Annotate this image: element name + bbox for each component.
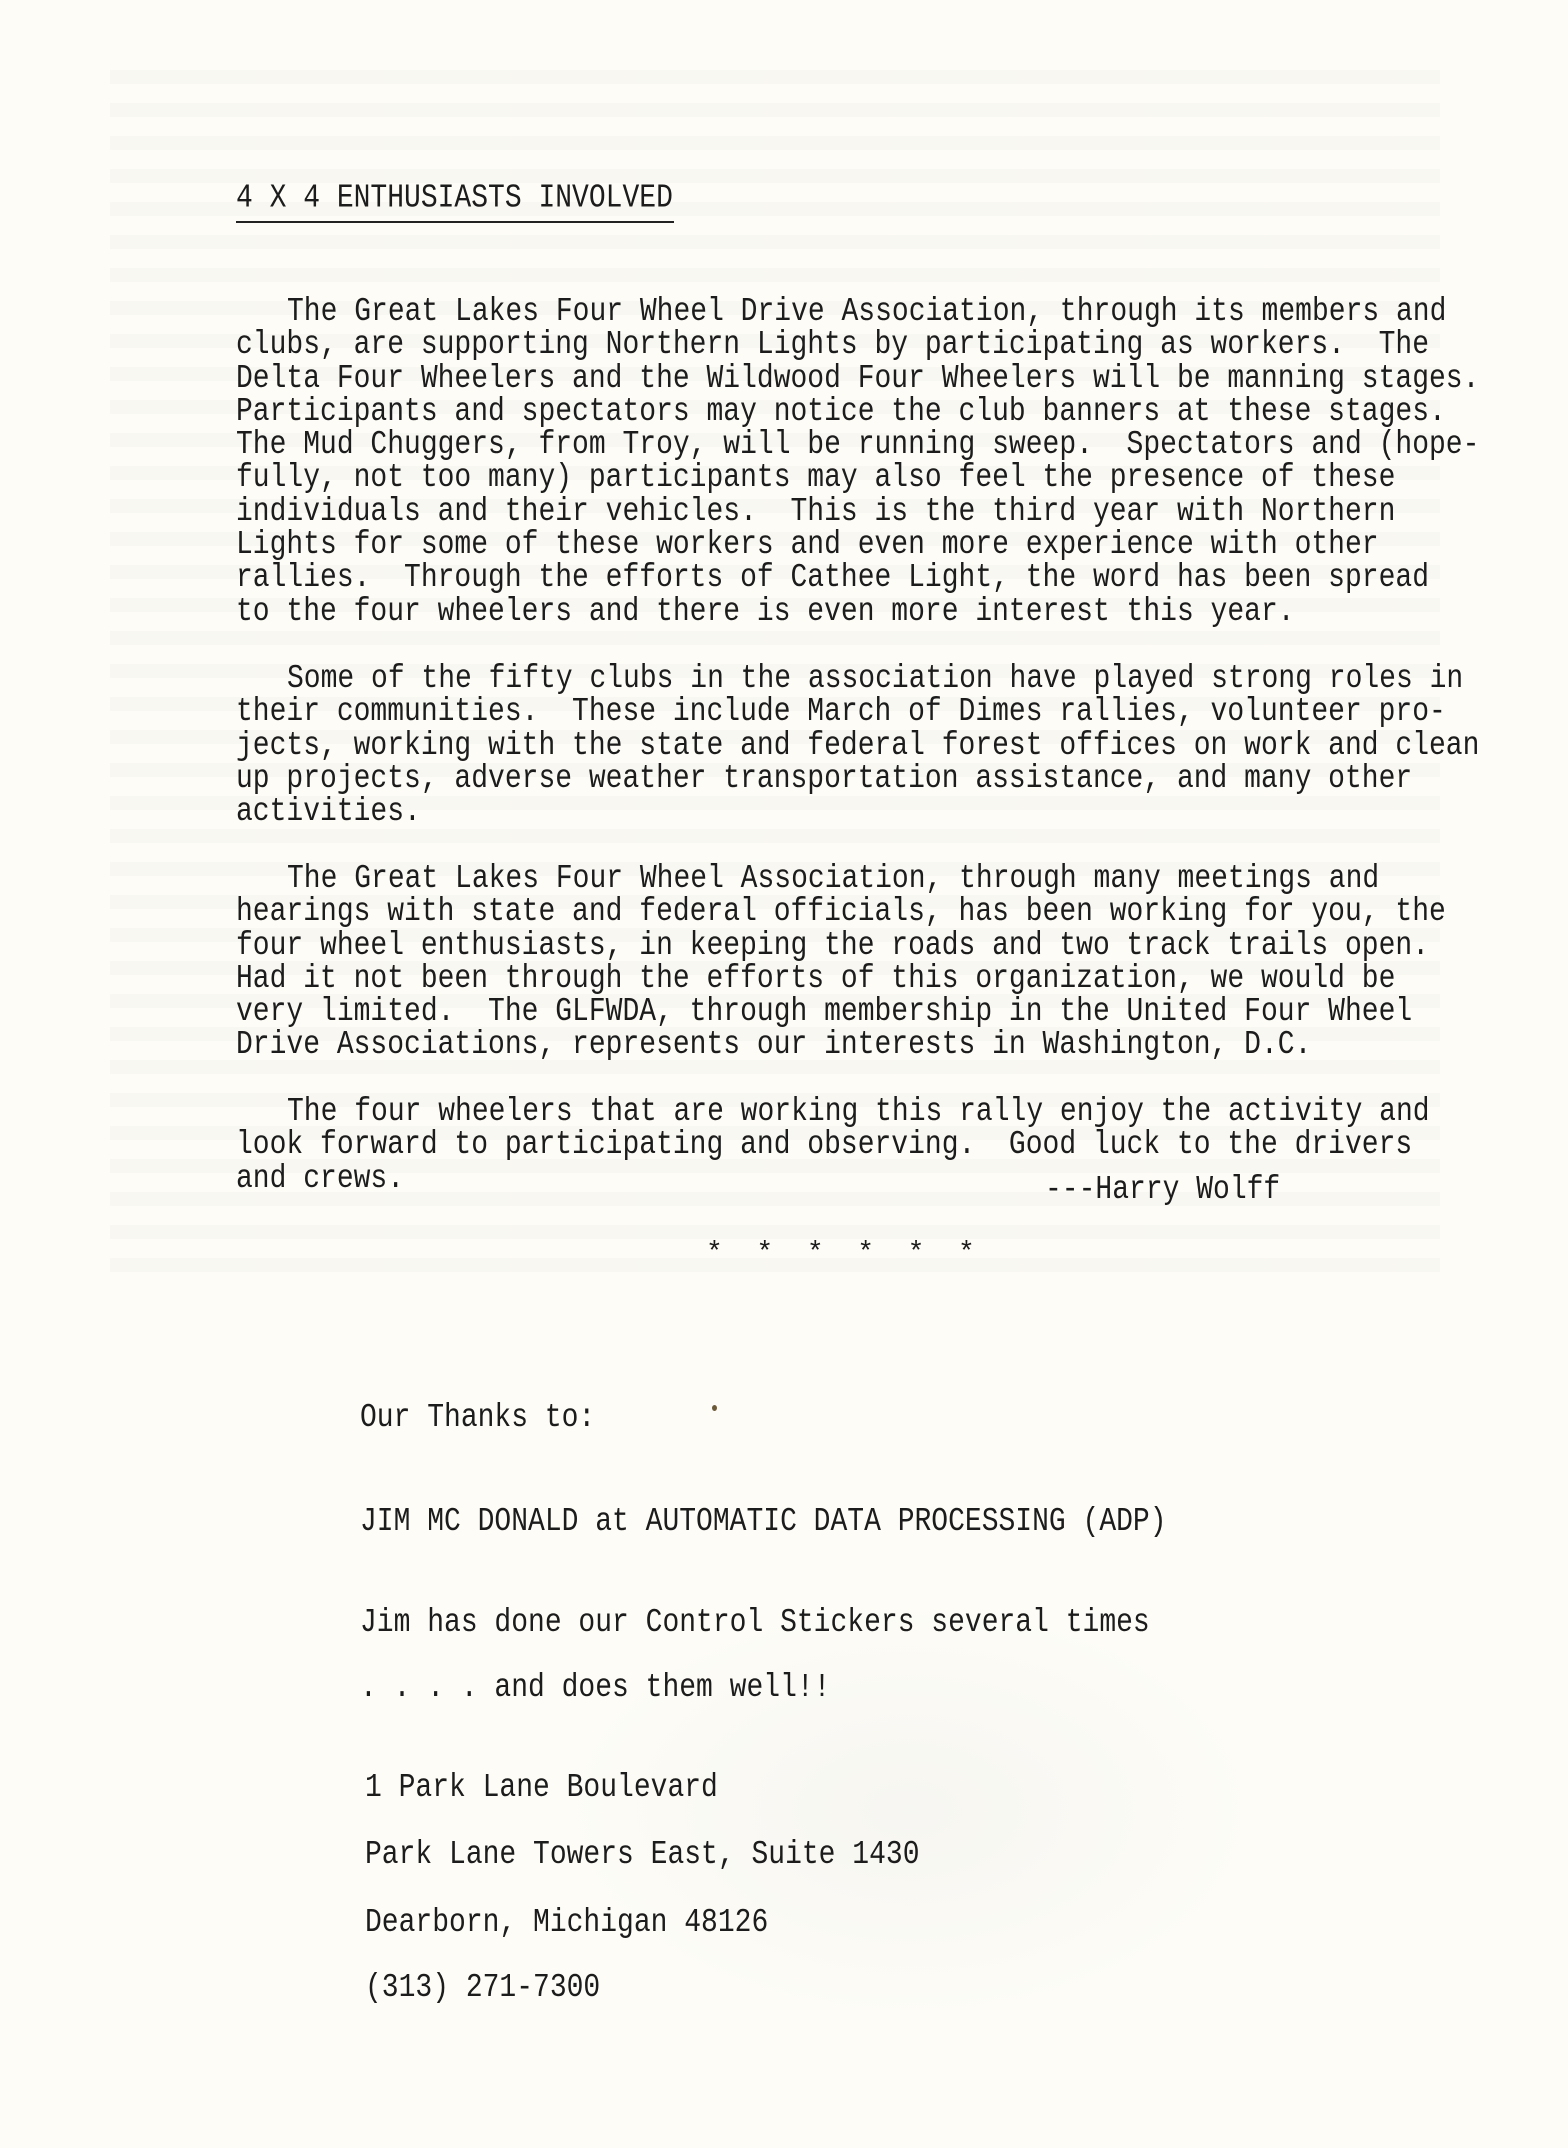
address-street: 1 Park Lane Boulevard	[365, 1769, 718, 1808]
section-separator: * * * * * *	[706, 1237, 975, 1270]
thanks-note-2: . . . . and does them well!!	[360, 1669, 830, 1708]
paragraph-line: and crews.	[236, 1160, 1536, 1199]
address-phone: (313) 271-7300	[365, 1969, 600, 2008]
bleed-through-emblem	[560, 1600, 1260, 2020]
paragraph-association-advocacy: The Great Lakes Four Wheel Association, …	[236, 863, 1536, 1063]
signature: ---Harry Wolff	[1045, 1171, 1280, 1210]
address-city: Dearborn, Michigan 48126	[365, 1904, 768, 1943]
heading-underline	[236, 221, 674, 223]
paragraph-closing: The four wheelers that are working this …	[236, 1096, 1536, 1196]
paragraph-line: to the four wheelers and there is even m…	[236, 593, 1536, 632]
section-heading: 4 X 4 ENTHUSIASTS INVOLVED	[236, 183, 673, 216]
paragraph-line: activities.	[236, 793, 1536, 832]
paragraph-club-support: The Great Lakes Four Wheel Drive Associa…	[236, 296, 1536, 629]
document-page: 4 X 4 ENTHUSIASTS INVOLVED The Great Lak…	[0, 0, 1568, 2148]
paper-speck	[712, 1405, 717, 1411]
thanks-recipient: JIM MC DONALD at AUTOMATIC DATA PROCESSI…	[360, 1503, 1167, 1542]
thanks-note: Jim has done our Control Stickers severa…	[360, 1604, 1150, 1643]
thanks-title: Our Thanks to:	[360, 1399, 595, 1438]
paragraph-line: Drive Associations, represents our inter…	[236, 1026, 1536, 1065]
address-building: Park Lane Towers East, Suite 1430	[365, 1836, 920, 1875]
paragraph-club-activities: Some of the fifty clubs in the associati…	[236, 663, 1536, 829]
